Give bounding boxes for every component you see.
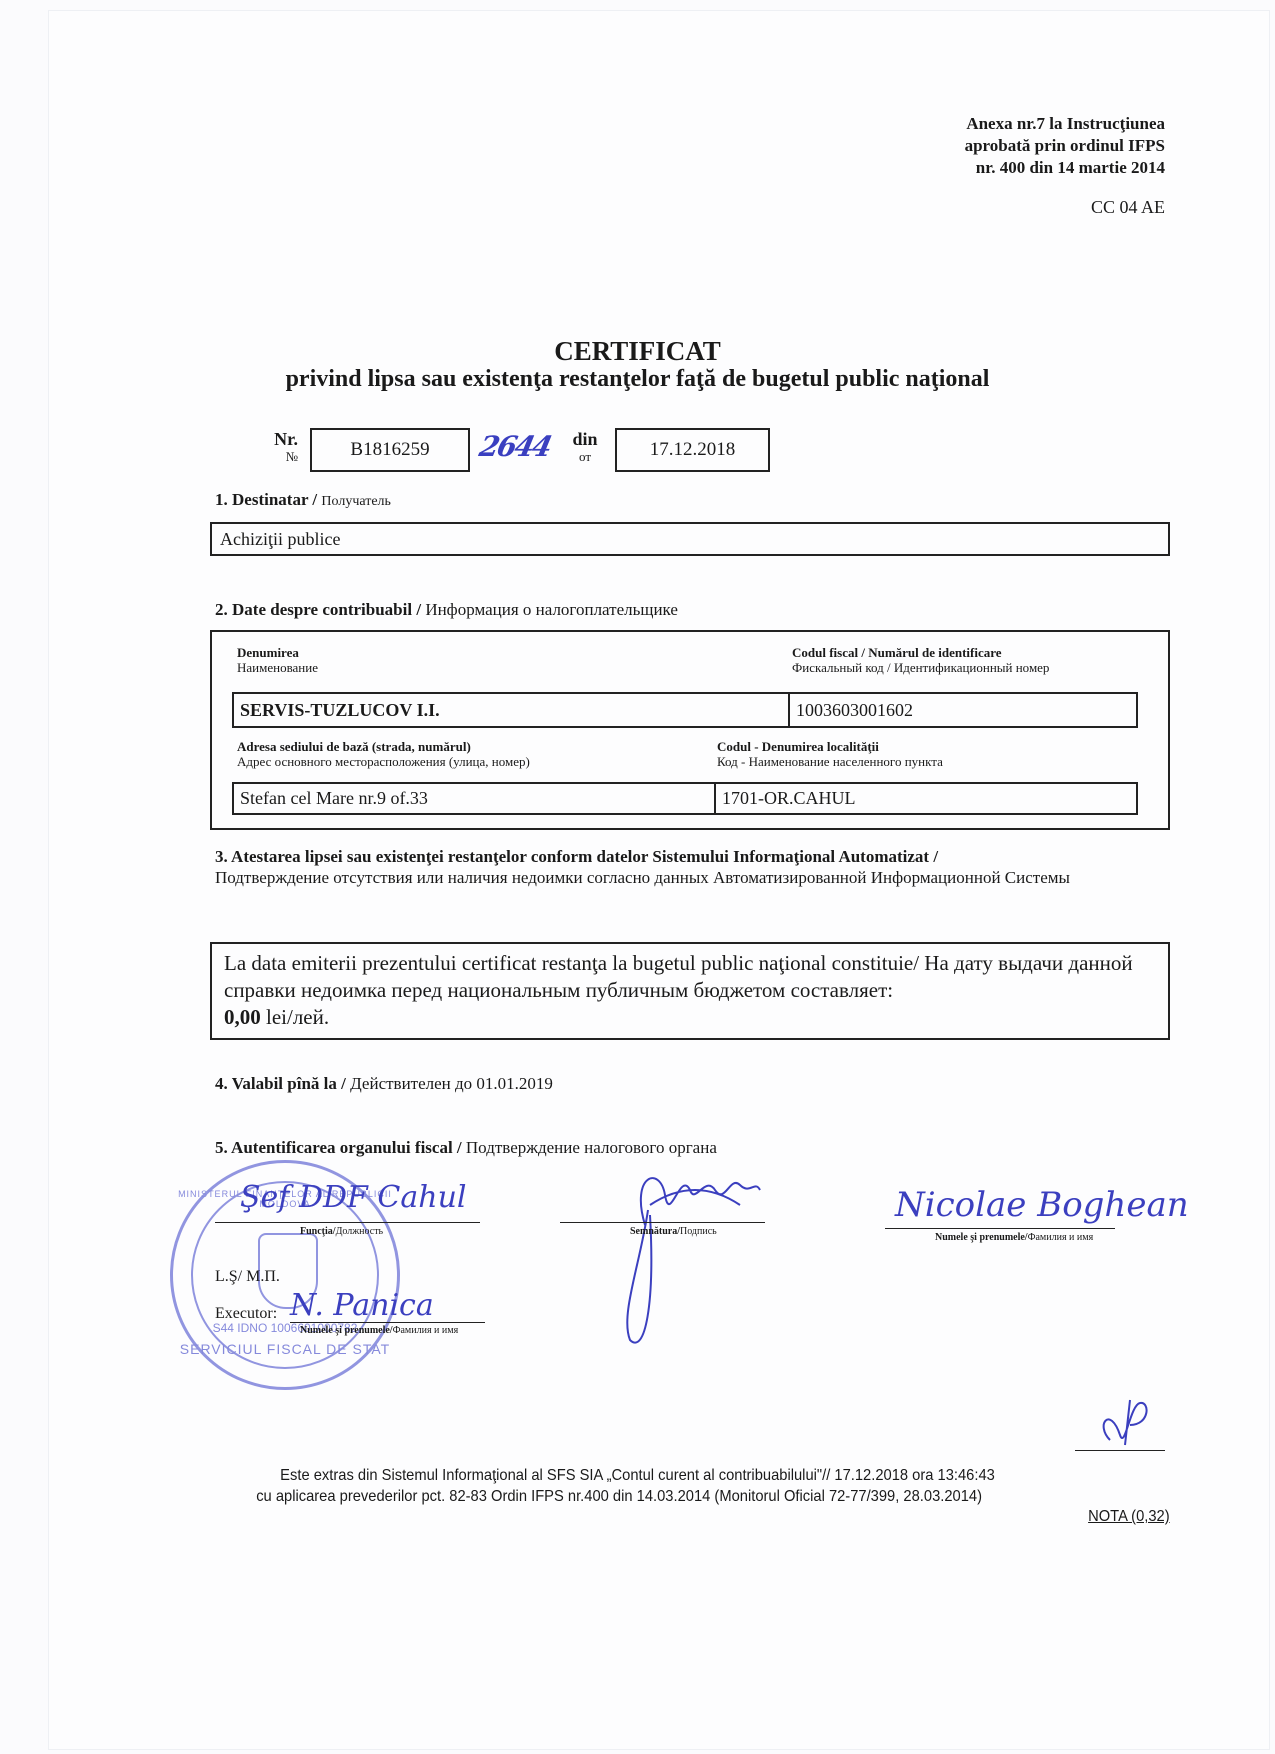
function-label: Funcţia/Должность (300, 1226, 383, 1237)
section-2-heading: 2. Date despre contribuabil / Информация… (215, 600, 678, 620)
name-label: Denumirea Наименование (237, 645, 318, 675)
initials-line (1075, 1450, 1165, 1451)
section-1-heading: 1. Destinatar / Получатель (215, 490, 391, 510)
handwritten-official-name: Nicolae Boghean (895, 1185, 1189, 1225)
footer-line-2: cu aplicarea prevederilor pct. 82-83 Ord… (14, 1486, 1224, 1507)
din-label: din от (570, 430, 600, 466)
footer-line-1: Este extras din Sistemul Informaţional a… (51, 1465, 1224, 1486)
executor-name-label: Numele şi prenumele/Фамилия и имя (300, 1325, 458, 1336)
fiscal-code-label: Codul fiscal / Numărul de identificare Ф… (792, 645, 1049, 675)
nr-label-ro: Nr. (274, 429, 298, 449)
executor-name-label-ro: Numele şi prenumele/ (300, 1325, 393, 1336)
address-label-ro: Adresa sediului de bază (strada, numărul… (237, 739, 530, 754)
name-label-ro: Denumirea (237, 645, 318, 660)
address-label-ru: Адрес основного месторасположения (улица… (237, 754, 530, 769)
section-5-title: 5. Autentificarea organului fiscal / (215, 1138, 462, 1157)
din-label-ru: от (570, 448, 600, 466)
signature-label-ru: Подпись (680, 1226, 717, 1237)
name-signature-line (885, 1228, 1115, 1229)
handwritten-executor-name: N. Panica (290, 1288, 434, 1323)
name-label-ru: Наименование (237, 660, 318, 675)
address-field: Stefan cel Mare nr.9 of.33 (232, 782, 716, 815)
nota-reference: NOTA (0,32) (1088, 1508, 1170, 1526)
validity-date: Действителен до 01.01.2019 (350, 1074, 553, 1093)
signature-label-ro: Semnătura/ (630, 1226, 680, 1237)
taxpayer-info-frame: Denumirea Наименование Codul fiscal / Nu… (210, 630, 1170, 830)
din-label-ro: din (572, 429, 597, 449)
taxpayer-name-field: SERVIS-TUZLUCOV I.I. (232, 692, 790, 728)
section-3-title: 3. Atestarea lipsei sau existenţei resta… (215, 847, 938, 866)
fiscal-code-label-ru: Фискальный код / Идентификационный номер (792, 660, 1049, 675)
official-name-label-ro: Numele şi prenumele/ (935, 1232, 1028, 1243)
issue-date-field: 17.12.2018 (615, 428, 770, 472)
annex-line: aprobată prin ordinul IFPS (965, 135, 1165, 157)
nr-label: Nr. № (270, 430, 298, 466)
locality-label-ro: Codul - Denumirea localităţii (717, 739, 943, 754)
arrears-amount: 0,00 (224, 1005, 261, 1029)
nr-label-ru: № (270, 448, 298, 466)
executor-label: Executor: (215, 1305, 277, 1323)
function-label-ro: Funcţia/ (300, 1226, 336, 1237)
fiscal-code-field: 1003603001602 (788, 692, 1138, 728)
locality-field: 1701-OR.CAHUL (714, 782, 1138, 815)
document-subtitle: privind lipsa sau existenţa restanţelor … (0, 366, 1275, 393)
annex-line: Anexa nr.7 la Instrucţiunea (965, 113, 1165, 135)
annex-line: nr. 400 din 14 martie 2014 (965, 157, 1165, 179)
function-signature-line (215, 1222, 480, 1223)
signature-label: Semnătura/Подпись (630, 1226, 717, 1237)
system-extract-note: Este extras din Sistemul Informaţional a… (51, 1465, 1224, 1507)
function-label-ru: Должность (336, 1226, 384, 1237)
ls-mp-label: L.Ş/ M.П. (215, 1268, 280, 1286)
stamp-ring-bottom-text: SERVICIUL FISCAL DE STAT (173, 1341, 397, 1357)
section-4-validity: 4. Valabil pînă la / Действителен до 01.… (215, 1074, 553, 1094)
arrears-statement-box: La data emiterii prezentului certificat … (210, 942, 1170, 1040)
locality-label: Codul - Denumirea localităţii Код - Наим… (717, 739, 943, 769)
section-3-title-ru: Подтверждение отсутствия или наличия нед… (215, 868, 1070, 887)
arrears-statement: La data emiterii prezentului certificat … (224, 951, 1133, 1002)
handwritten-initials (1090, 1395, 1160, 1455)
certificate-number-field: B1816259 (310, 428, 470, 472)
section-3-heading: 3. Atestarea lipsei sau existenţei resta… (215, 846, 1165, 888)
arrears-currency: lei/лей. (261, 1005, 329, 1029)
section-1-title: 1. Destinatar / (215, 490, 317, 509)
address-label: Adresa sediului de bază (strada, numărul… (237, 739, 530, 769)
locality-label-ru: Код - Наименование населенного пункта (717, 754, 943, 769)
section-4-title: 4. Valabil pînă la / (215, 1074, 346, 1093)
official-name-label: Numele şi prenumele/Фамилия и имя (935, 1232, 1093, 1243)
executor-signature-line (290, 1322, 485, 1323)
handwritten-registration-number: 2644 (476, 430, 553, 463)
form-code: CC 04 AE (1091, 197, 1165, 218)
signature-line (560, 1222, 765, 1223)
official-name-label-ru: Фамилия и имя (1028, 1232, 1094, 1243)
executor-name-label-ru: Фамилия и имя (393, 1325, 459, 1336)
handwritten-signature (590, 1155, 780, 1355)
fiscal-code-label-ro: Codul fiscal / Numărul de identificare (792, 645, 1049, 660)
recipient-field: Achiziţii publice (210, 522, 1170, 556)
handwritten-function: Şef DDF Cahul (240, 1180, 466, 1215)
section-2-title: 2. Date despre contribuabil / (215, 600, 421, 619)
annex-reference: Anexa nr.7 la Instrucţiunea aprobată pri… (965, 113, 1165, 179)
section-1-title-ru: Получатель (321, 494, 391, 509)
document-title: CERTIFICAT (0, 336, 1275, 367)
section-2-title-ru: Информация о налогоплательщике (425, 600, 678, 619)
